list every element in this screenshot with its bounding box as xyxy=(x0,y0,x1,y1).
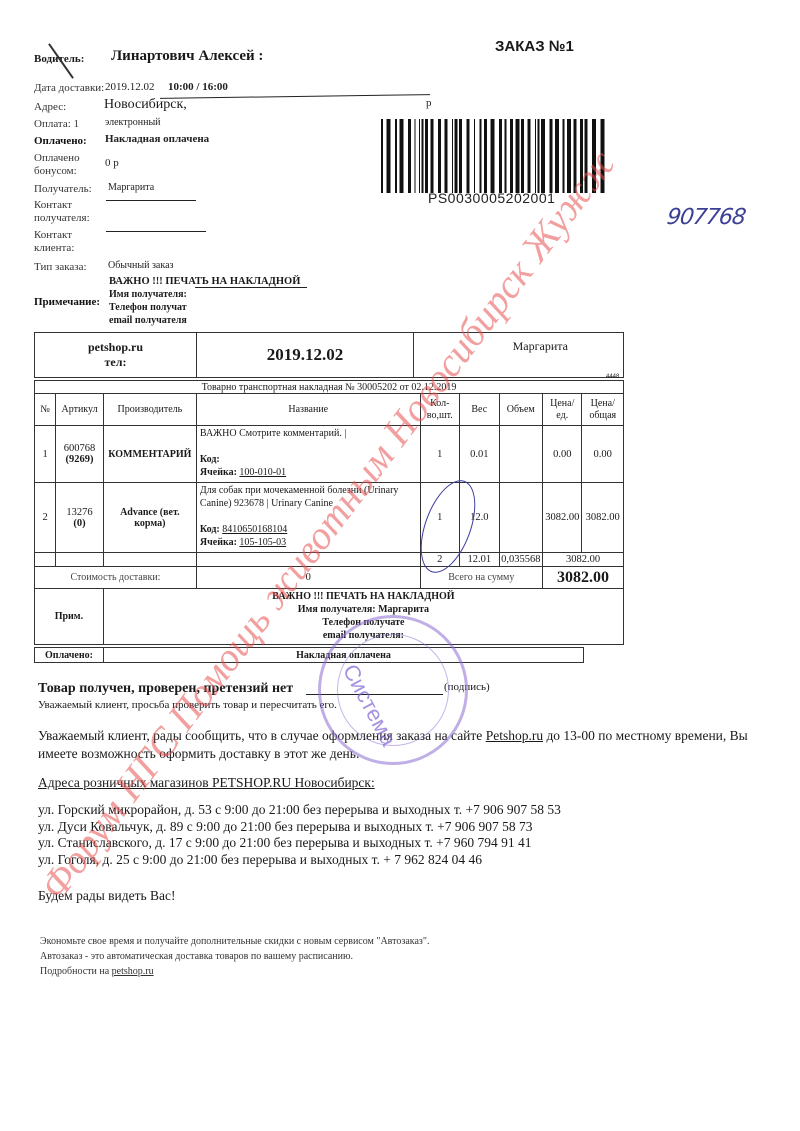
delivery-cost-label: Стоимость доставки: xyxy=(35,567,197,589)
invoice-note-line: email получателя: xyxy=(107,629,620,642)
col-num: № xyxy=(35,394,56,426)
total-weight: 12.01 xyxy=(460,553,499,567)
paid-value: Накладная оплачена xyxy=(105,133,209,145)
note-block: ВАЖНО !!! ПЕЧАТЬ НА НАКЛАДНОЙ Имя получа… xyxy=(109,275,309,327)
note-label: Примечание: xyxy=(34,296,100,309)
col-price-unit: Цена/ ед. xyxy=(543,394,582,426)
col-qty: Кол-во,шт. xyxy=(420,394,459,426)
delivery-row: Стоимость доставки: 0 Всего на сумму 308… xyxy=(35,567,624,589)
row-article: 13276(0) xyxy=(56,483,104,553)
petshop-promo-link[interactable]: petshop.ru xyxy=(112,966,154,977)
same-day-text-1: Уважаемый клиент, рады сообщить, что в с… xyxy=(38,728,486,743)
barcode xyxy=(381,119,607,193)
payment-label: Оплата: 1 xyxy=(34,118,79,131)
recipient-label: Получатель: xyxy=(34,183,92,196)
table-row: 1 600768(9269) КОММЕНТАРИЙ ВАЖНО Смотрит… xyxy=(35,426,624,483)
invoice-note-line: ВАЖНО !!! ПЕЧАТЬ НА НАКЛАДНОЙ xyxy=(107,590,620,603)
row-price-total: 0.00 xyxy=(582,426,624,483)
invoice-note-line: Имя получателя: Маргарита xyxy=(107,603,620,616)
address-suffix: р xyxy=(426,97,432,109)
invoice-note: ВАЖНО !!! ПЕЧАТЬ НА НАКЛАДНОЙ Имя получа… xyxy=(103,589,623,645)
table-row: 2 13276(0) Advance (вет. корма) Для соба… xyxy=(35,483,624,553)
col-volume: Объем xyxy=(499,394,543,426)
shop-name: petshop.ru xyxy=(38,340,193,355)
row-volume xyxy=(499,426,543,483)
waybill-title: Товарно транспортная накладная № 3000520… xyxy=(35,381,624,394)
promo-block: Экономьте свое время и получайте дополни… xyxy=(40,934,429,979)
row-qty: 1 xyxy=(420,426,459,483)
payment-value: электронный xyxy=(105,117,161,128)
paid-label: Оплачено: xyxy=(34,135,87,148)
article-sub: (9269) xyxy=(59,454,100,465)
row-price-unit: 0.00 xyxy=(543,426,582,483)
order-title: ЗАКАЗ №1 xyxy=(495,38,574,55)
items-table: Товарно транспортная накладная № 3000520… xyxy=(34,380,624,645)
shop-cell: petshop.ru тел: xyxy=(35,333,197,378)
barcode-number: PS0030005202001 xyxy=(428,190,555,206)
item-name: ВАЖНО Смотрите комментарий. | xyxy=(200,427,417,440)
sum-label: Всего на сумму xyxy=(420,567,542,589)
promo-line: Автозаказ - это автоматическая доставка … xyxy=(40,949,429,964)
client-contact-label: Контакт клиента: xyxy=(34,229,94,255)
row-price-total: 3082.00 xyxy=(582,483,624,553)
row-num: 1 xyxy=(35,426,56,483)
promo-line: Экономьте свое время и получайте дополни… xyxy=(40,934,429,949)
invoice-date: 2019.12.02 xyxy=(197,333,414,378)
note-line: email получателя xyxy=(109,314,309,327)
order-type-value: Обычный заказ xyxy=(108,260,173,271)
total-price: 3082.00 xyxy=(543,553,624,567)
address-label: Адрес: xyxy=(34,101,66,114)
delivery-time: 10:00 / 16:00 xyxy=(168,81,228,93)
col-article: Артикул xyxy=(56,394,104,426)
row-name: ВАЖНО Смотрите комментарий. | Код: Ячейк… xyxy=(196,426,420,483)
totals-row: 2 12.01 0,035568 3082.00 xyxy=(35,553,624,567)
store-address: ул. Гоголя, д. 25 с 9:00 до 21:00 без пе… xyxy=(38,852,561,869)
same-day-text: Уважаемый клиент, рады сообщить, что в с… xyxy=(38,727,758,763)
stores-list: ул. Горский микрорайон, д. 53 с 9:00 до … xyxy=(38,802,561,868)
row-weight: 12.0 xyxy=(460,483,499,553)
delivery-date-label: Дата доставки: xyxy=(34,82,104,95)
signature-label: (подпись) xyxy=(444,681,490,693)
item-cell: 105-105-03 xyxy=(239,537,286,548)
cell-label: Ячейка: xyxy=(200,537,237,548)
recipient-contact-label: Контакт получателя: xyxy=(34,199,94,225)
invoice-recipient: Маргарита xyxy=(414,333,624,378)
paid-table: Оплачено: Накладная оплачена xyxy=(34,647,584,663)
stores-title: Адреса розничных магазинов PETSHOP.RU Но… xyxy=(38,775,375,791)
note-line: Телефон получат xyxy=(109,301,309,314)
row-qty: 1 xyxy=(420,483,459,553)
check-text: Уважаемый клиент, просьба проверить това… xyxy=(38,699,337,711)
col-price-total: Цена/ общая xyxy=(582,394,624,426)
article-sub: (0) xyxy=(59,518,100,529)
petshop-link[interactable]: Petshop.ru xyxy=(486,728,543,743)
bonus-label: Оплачено бонусом: xyxy=(34,152,94,178)
total-qty: 2 xyxy=(420,553,459,567)
row-weight: 0.01 xyxy=(460,426,499,483)
address-value: Новосибирск, xyxy=(104,97,187,113)
item-name: Для собак при мочекаменной болезни (Urin… xyxy=(200,484,417,510)
recipient-value: Маргарита xyxy=(108,182,154,193)
item-cell: 100-010-01 xyxy=(239,467,286,478)
row-price-unit: 3082.00 xyxy=(543,483,582,553)
store-address: ул. Станиславского, д. 17 с 9:00 до 21:0… xyxy=(38,835,561,852)
col-name: Название xyxy=(196,394,420,426)
article: 13276 xyxy=(59,507,100,518)
invoice-paid-label: Оплачено: xyxy=(35,648,104,663)
promo-line: Подробности на xyxy=(40,966,112,977)
delivery-date: 2019.12.02 xyxy=(105,81,155,93)
row-article: 600768(9269) xyxy=(56,426,104,483)
cell-label: Ячейка: xyxy=(200,467,237,478)
driver-name: Линартович Алексей : xyxy=(111,48,263,65)
row-volume xyxy=(499,483,543,553)
shop-phone-label: тел: xyxy=(38,355,193,370)
welcome-text: Будем рады видеть Вас! xyxy=(38,888,176,904)
total-volume: 0,035568 xyxy=(499,553,543,567)
row-maker: Advance (вет. корма) xyxy=(103,483,196,553)
note-line: Имя получателя: xyxy=(109,288,309,301)
code-label: Код: xyxy=(200,454,220,465)
total-sum: 3082.00 xyxy=(543,567,624,589)
note-row: Прим. ВАЖНО !!! ПЕЧАТЬ НА НАКЛАДНОЙ Имя … xyxy=(35,589,624,645)
handwritten-number: 907768 xyxy=(665,205,746,230)
article: 600768 xyxy=(59,443,100,454)
invoice-header-table: petshop.ru тел: 2019.12.02 Маргарита xyxy=(34,332,624,378)
store-address: ул. Горский микрорайон, д. 53 с 9:00 до … xyxy=(38,802,561,819)
code-label: Код: xyxy=(200,524,220,535)
invoice-paid-value: Накладная оплачена xyxy=(104,648,584,663)
order-type-label: Тип заказа: xyxy=(34,261,87,274)
row-maker: КОММЕНТАРИЙ xyxy=(103,426,196,483)
bonus-value: 0 р xyxy=(105,157,119,169)
row-num: 2 xyxy=(35,483,56,553)
store-address: ул. Дуси Ковальчук, д. 89 с 9:00 до 21:0… xyxy=(38,819,561,836)
row-name: Для собак при мочекаменной болезни (Urin… xyxy=(196,483,420,553)
col-maker: Производитель xyxy=(103,394,196,426)
item-code: 8410650168104 xyxy=(222,524,287,535)
col-weight: Вес xyxy=(460,394,499,426)
invoice-note-line: Телефон получате xyxy=(107,616,620,629)
received-text: Товар получен, проверен, претензий нет xyxy=(38,681,293,697)
invoice-note-label: Прим. xyxy=(35,589,104,645)
delivery-cost: 0 xyxy=(196,567,420,589)
